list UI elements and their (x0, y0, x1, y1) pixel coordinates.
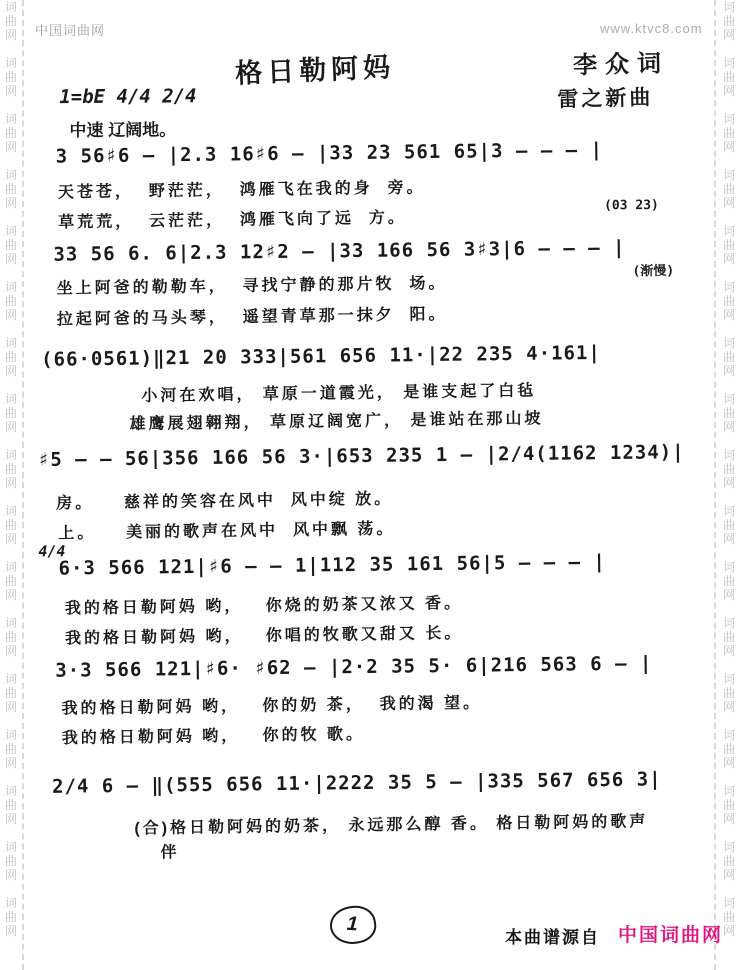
score-line-lyric: 我的格日勒阿妈 哟， 你唱的牧歌又甜又 长。 (65, 620, 464, 649)
score-line-lyric: 上。 美丽的歌声在风中 风中飘 荡。 (58, 516, 395, 544)
score-line-lyric: 雄鹰展翅翱翔， 草原辽阔宽广， 是谁站在那山坡 (129, 405, 543, 434)
footer-source-label: 本曲谱源自 (505, 923, 600, 948)
score-line-lyric: 房。 慈祥的笑容在风中 风中绽 放。 (56, 486, 393, 514)
sheet-music-page: 格日勒阿妈李众词雷之新曲1=bE 4/4 2/4中速 辽阔地。3 56♯6 — … (0, 0, 740, 970)
footer-source-site-logo: 中国词曲网 (618, 920, 723, 947)
score-line-lyric: 我的格日勒阿妈 哟， 你的奶 茶， 我的渴 望。 (61, 690, 482, 719)
score-line-keysig: 1=bE 4/4 2/4 (59, 85, 196, 108)
score-line-lyric: 草荒荒， 云茫茫， 鸿雁飞向了远 方。 (58, 205, 407, 233)
score-line-music: (66·0561)‖21 20 333|561 656 11·|22 235 4… (41, 342, 601, 371)
score-line-music: 3 56♯6 — |2.3 16♯6 — |33 23 561 65|3 — —… (56, 139, 604, 168)
score-line-credit: 雷之新曲 (557, 81, 654, 113)
score-line-lyric: 小河在欢唱， 草原一道霞光， 是谁支起了白毡 (141, 377, 536, 406)
score-line-credit: 李众词 (573, 43, 670, 80)
score-line-lyric: 伴 (160, 839, 179, 862)
score-line-music: ♯5 — — 56|356 166 56 3·|653 235 1 — |2/4… (38, 441, 685, 471)
score-line-music: 33 56 6. 6|2.3 12♯2 — |33 166 56 3♯3|6 —… (53, 237, 625, 266)
score-line-lyric: 天苍苍， 野茫茫， 鸿雁飞在我的身 旁。 (58, 174, 426, 202)
score-line-music: 6·3 566 121|♯6 — — 1|112 35 161 56|5 — —… (58, 551, 606, 580)
score-line-lyric: 拉起阿爸的马头琴， 遥望青草那一抹夕 阳。 (57, 301, 448, 329)
score-line-tempo: 中速 辽阔地。 (69, 115, 176, 141)
score-line-annot: (03 23) (604, 198, 659, 213)
page-number: 1 (346, 908, 359, 941)
score-line-annot: (渐慢) (632, 260, 674, 279)
score-line-title: 格日勒阿妈 (234, 45, 395, 91)
score-line-music: 3·3 566 121|♯6· ♯62 — |2·2 35 5· 6|216 5… (55, 652, 652, 681)
score-line-lyric: 我的格日勒阿妈 哟， 你的牧 歌。 (62, 721, 366, 748)
score-line-music: 2/4 6 — ‖(555 656 11·|2222 35 5 — |335 5… (52, 768, 662, 797)
score-line-lyric: (合)格日勒阿妈的奶茶， 永远那么醇 香。 格日勒阿妈的歌声 (134, 808, 648, 838)
score-line-lyric: 我的格日勒阿妈 哟， 你烧的奶茶又浓又 香。 (65, 590, 464, 619)
score-line-lyric: 坐上阿爸的勒勒车， 寻找宁静的那片牧 场。 (56, 270, 447, 298)
